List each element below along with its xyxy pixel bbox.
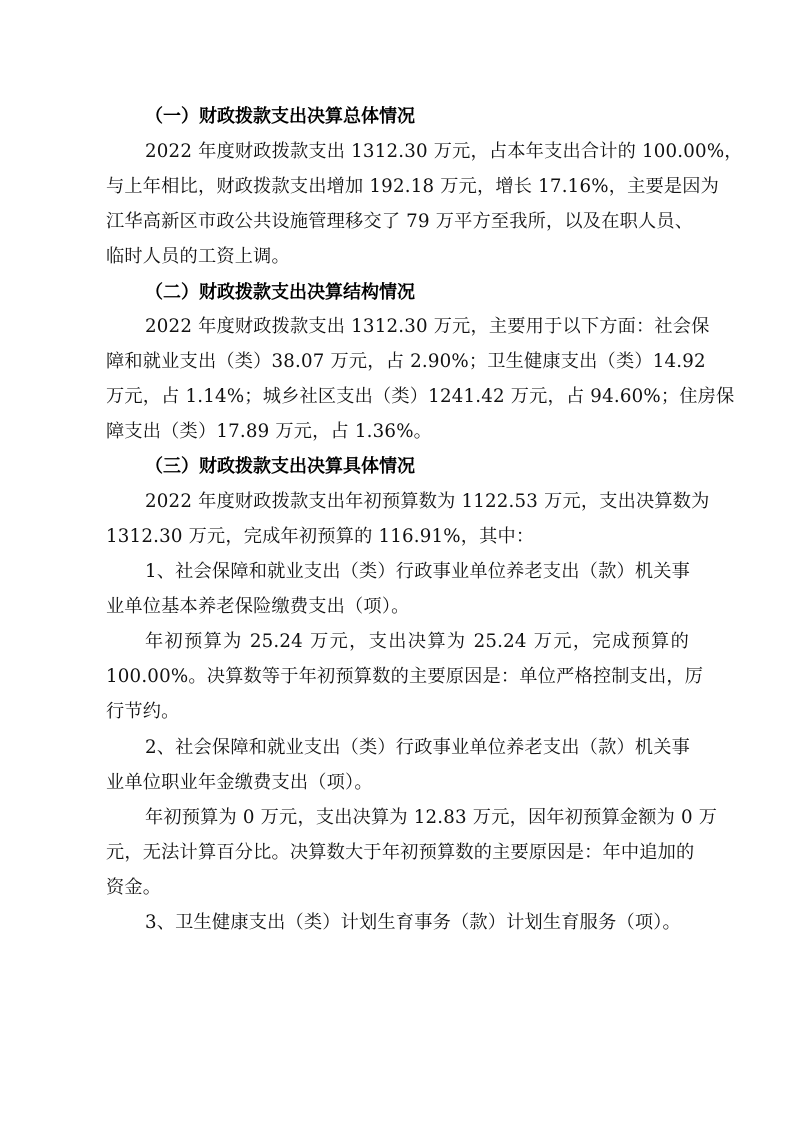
paragraph-line: 2022 年度财政拨款支出年初预算数为 1122.53 万元，支出决算数为 bbox=[145, 490, 689, 514]
paragraph-line: 2022 年度财政拨款支出 1312.30 万元，占本年支出合计的 100.00… bbox=[145, 140, 689, 164]
paragraph-line: 行节约。 bbox=[106, 700, 689, 724]
section-heading-3: （三）财政拨款支出决算具体情况 bbox=[145, 455, 415, 479]
item-2-title-line: 2、社会保障和就业支出（类）行政事业单位养老支出（款）机关事 bbox=[145, 736, 689, 760]
paragraph-line: 资金。 bbox=[106, 876, 689, 900]
item-3-title-line: 3、卫生健康支出（类）计划生育事务（款）计划生育服务（项）。 bbox=[145, 911, 689, 935]
paragraph-line: 1312.30 万元，完成年初预算的 116.91%，其中： bbox=[106, 525, 689, 549]
item-2-title-line: 业单位职业年金缴费支出（项）。 bbox=[106, 771, 689, 795]
item-1-title-line: 1、社会保障和就业支出（类）行政事业单位养老支出（款）机关事 bbox=[145, 560, 689, 584]
paragraph-line: 江华高新区市政公共设施管理移交了 79 万平方至我所，以及在职人员、 bbox=[106, 210, 689, 234]
paragraph-line: 障支出（类）17.89 万元，占 1.36%。 bbox=[106, 420, 689, 444]
paragraph-line: 100.00%。决算数等于年初预算数的主要原因是：单位严格控制支出，厉 bbox=[106, 665, 689, 689]
paragraph-line: 年初预算为 25.24 万元，支出决算为 25.24 万元，完成预算的 bbox=[145, 630, 689, 654]
item-1-title-line: 业单位基本养老保险缴费支出（项）。 bbox=[106, 595, 689, 619]
paragraph-line: 与上年相比，财政拨款支出增加 192.18 万元，增长 17.16%，主要是因为 bbox=[106, 175, 689, 199]
paragraph-line: 障和就业支出（类）38.07 万元，占 2.90%；卫生健康支出（类）14.92 bbox=[106, 350, 689, 374]
section-heading-2: （二）财政拨款支出决算结构情况 bbox=[145, 281, 415, 305]
section-heading-1: （一）财政拨款支出决算总体情况 bbox=[145, 105, 415, 129]
paragraph-line: 年初预算为 0 万元，支出决算为 12.83 万元，因年初预算金额为 0 万 bbox=[145, 806, 689, 830]
paragraph-line: 万元，占 1.14%；城乡社区支出（类）1241.42 万元，占 94.60%；… bbox=[106, 385, 689, 409]
paragraph-line: 2022 年度财政拨款支出 1312.30 万元，主要用于以下方面：社会保 bbox=[145, 315, 689, 339]
paragraph-line: 元，无法计算百分比。决算数大于年初预算数的主要原因是：年中追加的 bbox=[106, 841, 689, 865]
paragraph-line: 临时人员的工资上调。 bbox=[106, 245, 689, 269]
document-page: （一）财政拨款支出决算总体情况 2022 年度财政拨款支出 1312.30 万元… bbox=[0, 0, 793, 1122]
